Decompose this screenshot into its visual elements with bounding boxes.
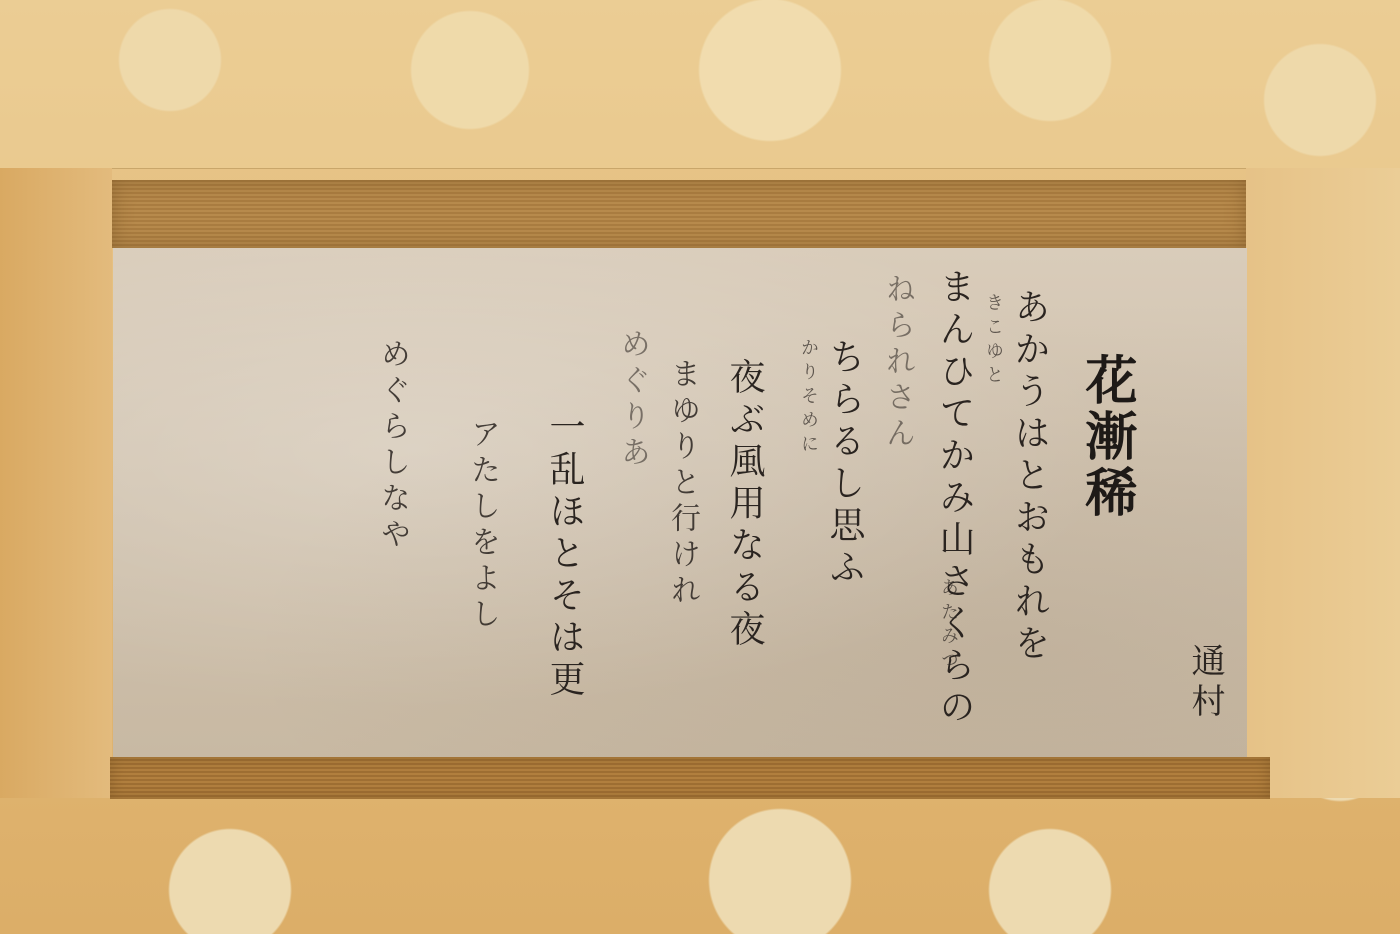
calligraphy-column: 一乱ほとそは更 [546,408,582,702]
calligraphy-column: めぐりあ [617,328,647,472]
signature: 通村 [1188,643,1222,723]
calligraphy-column: ちらるし思ふ [826,338,862,590]
calligraphy-column: めぐらしなや [377,338,407,554]
calligraphy-annotation: あたみつ [939,578,957,674]
scroll-title: 花漸稀 [1080,353,1132,521]
top-ichimonji-band [112,180,1246,248]
bottom-ichimonji-band [110,757,1270,799]
calligraphy-paper: 花漸稀 あかうはとおもれを きこゆと まんひてかみ山さくらの あたみつ ねられさ… [113,248,1247,757]
calligraphy-column: あかうはとおもれを [1011,288,1047,666]
upper-brocade-panel [0,0,1400,169]
left-brocade-border [0,168,112,798]
calligraphy-column: ねられさん [882,273,912,453]
calligraphy-column: まゆりと行けれ [667,358,697,610]
right-brocade-border [1246,168,1400,798]
calligraphy-annotation: かりそめに [799,338,817,458]
calligraphy-column: 夜ぶ風用なる夜 [726,358,762,652]
calligraphy-column: アたしをよし [467,418,497,634]
calligraphy-annotation: きこゆと [984,293,1002,389]
